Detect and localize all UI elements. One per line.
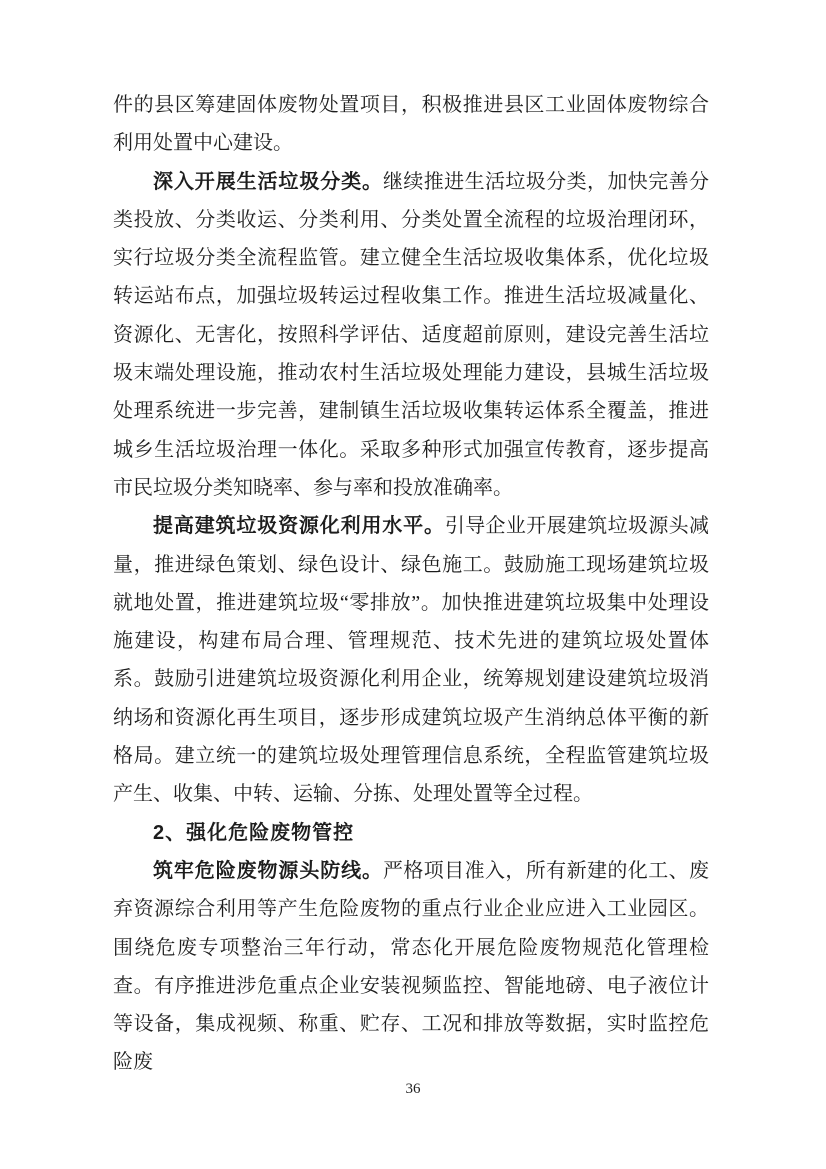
section-heading: 2、强化危险废物管控 — [113, 814, 709, 852]
document-content: 件的县区筹建固体废物处置项目，积极推进县区工业固体废物综合利用处置中心建设。 深… — [113, 86, 709, 1082]
section-heading-text: 2、强化危险废物管控 — [153, 822, 354, 844]
document-page: 件的县区筹建固体废物处置项目，积极推进县区工业固体废物综合利用处置中心建设。 深… — [0, 0, 826, 1169]
paragraph-lead-bold: 深入开展生活垃圾分类。 — [153, 171, 383, 193]
paragraph-text: 继续推进生活垃圾分类，加快完善分类投放、分类收运、分类利用、分类处置全流程的垃圾… — [113, 171, 709, 499]
paragraph-lead-bold: 筑牢危险废物源头防线。 — [153, 860, 383, 882]
page-footer: 36 — [0, 1080, 826, 1098]
paragraph-text: 件的县区筹建固体废物处置项目，积极推进县区工业固体废物综合利用处置中心建设。 — [113, 94, 709, 154]
paragraph-lead-bold: 提高建筑垃圾资源化利用水平。 — [153, 515, 445, 537]
paragraph-waste-sorting: 深入开展生活垃圾分类。继续推进生活垃圾分类，加快完善分类投放、分类收运、分类利用… — [113, 163, 709, 508]
paragraph-hazardous-waste: 筑牢危险废物源头防线。严格项目准入，所有新建的化工、废弃资源综合利用等产生危险废… — [113, 852, 709, 1082]
paragraph-text: 严格项目准入，所有新建的化工、废弃资源综合利用等产生危险废物的重点行业企业应进入… — [113, 860, 709, 1073]
page-number: 36 — [406, 1081, 421, 1097]
paragraph-construction-waste: 提高建筑垃圾资源化利用水平。引导企业开展建筑垃圾源头减量，推进绿色策划、绿色设计… — [113, 507, 709, 813]
paragraph-continuation: 件的县区筹建固体废物处置项目，积极推进县区工业固体废物综合利用处置中心建设。 — [113, 86, 709, 163]
paragraph-text: 引导企业开展建筑垃圾源头减量，推进绿色策划、绿色设计、绿色施工。鼓励施工现场建筑… — [113, 515, 709, 805]
